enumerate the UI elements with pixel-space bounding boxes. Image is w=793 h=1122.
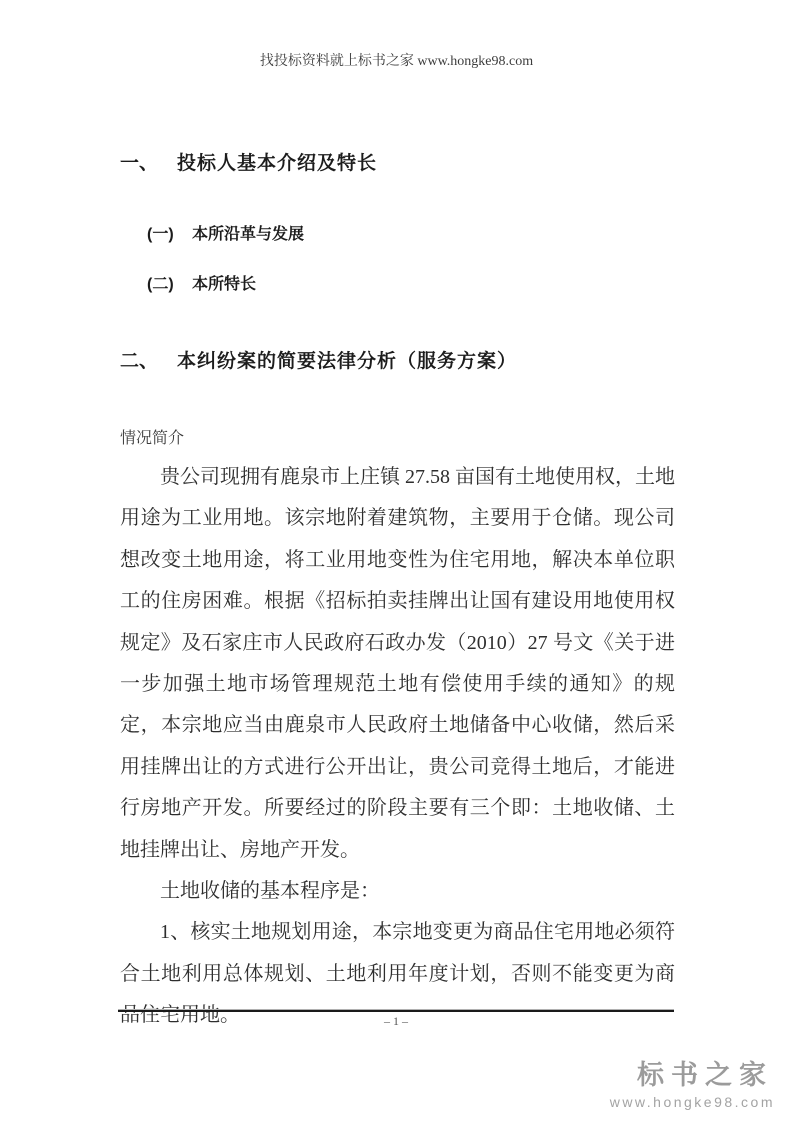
subheading-one-title: 本所沿革与发展 bbox=[192, 226, 304, 243]
watermark-url: www.hongke98.com bbox=[610, 1094, 775, 1110]
heading-section-two: 二、本纠纷案的简要法律分析（服务方案） bbox=[120, 346, 675, 373]
footer-divider bbox=[118, 1009, 674, 1012]
heading-two-number: 二、 bbox=[120, 346, 177, 373]
heading-one-number: 一、 bbox=[120, 148, 177, 175]
watermark: 标书之家 www.hongke98.com bbox=[610, 1053, 775, 1110]
page-footer: – 1 – bbox=[118, 1009, 674, 1029]
paragraph-case-summary: 贵公司现拥有鹿泉市上庄镇 27.58 亩国有土地使用权，土地用途为工业用地。该宗… bbox=[120, 457, 675, 871]
heading-section-one: 一、投标人基本介绍及特长 bbox=[120, 148, 675, 175]
subheading-one: (一)本所沿革与发展 bbox=[147, 221, 675, 244]
subheading-one-number: (一) bbox=[147, 221, 192, 244]
heading-two-title: 本纠纷案的简要法律分析（服务方案） bbox=[177, 351, 517, 372]
subheading-two: (二)本所特长 bbox=[147, 271, 675, 294]
subheading-two-number: (二) bbox=[147, 271, 192, 294]
watermark-brand: 标书之家 bbox=[610, 1053, 773, 1092]
subheading-two-title: 本所特长 bbox=[192, 276, 256, 293]
page-header: 找投标资料就上标书之家 www.hongke98.com bbox=[0, 50, 793, 70]
paragraph-procedure-intro: 土地收储的基本程序是： bbox=[120, 871, 675, 912]
header-text: 找投标资料就上标书之家 www.hongke98.com bbox=[260, 54, 533, 69]
intro-label: 情况简介 bbox=[120, 425, 675, 448]
document-body: 一、投标人基本介绍及特长 (一)本所沿革与发展 (二)本所特长 二、本纠纷案的简… bbox=[120, 140, 675, 1037]
heading-one-title: 投标人基本介绍及特长 bbox=[177, 153, 377, 174]
page-number: – 1 – bbox=[118, 1014, 674, 1029]
document-page: 找投标资料就上标书之家 www.hongke98.com 一、投标人基本介绍及特… bbox=[0, 0, 793, 1122]
